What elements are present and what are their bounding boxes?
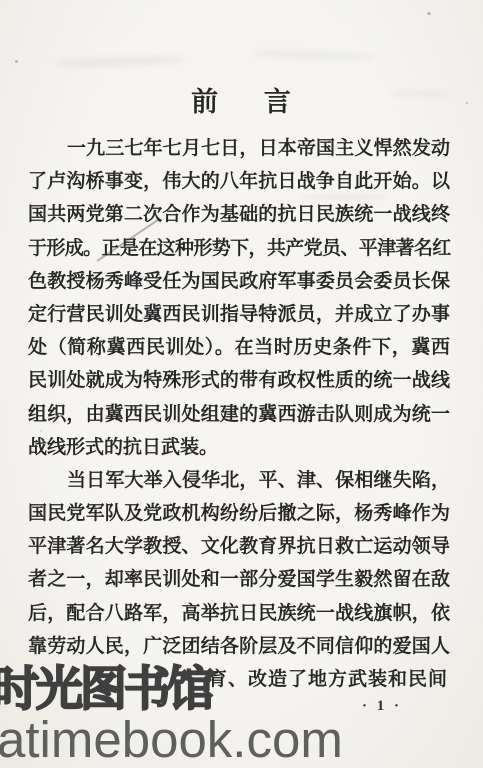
scan-smudge bbox=[250, 49, 375, 61]
scan-speck bbox=[427, 12, 431, 15]
watermark-library-name: 时光图书馆 bbox=[0, 652, 212, 719]
text-line: 国民党军队及党政机构纷纷后撤之际，杨秀峰作为 bbox=[28, 497, 450, 530]
text-line: 民训处就成为特殊形式的带有政权性质的统一战线 bbox=[28, 364, 450, 397]
text-line: 色教授杨秀峰受任为国民政府军事委员会委员长保 bbox=[28, 265, 450, 298]
text-line: 一九三七年七月七日，日本帝国主义悍然发动 bbox=[28, 132, 450, 165]
text-line: 了卢沟桥事变，伟大的八年抗日战争自此开始。以 bbox=[28, 165, 450, 198]
page-number: · 1 · bbox=[362, 698, 402, 715]
scanned-book-page: 前 言 一九三七年七月七日，日本帝国主义悍然发动了卢沟桥事变，伟大的八年抗日战争… bbox=[0, 0, 483, 768]
text-line: 于形成。正是在这种形势下，共产党员、平津著名红 bbox=[28, 232, 450, 265]
text-line: 平津著名大学教授、文化教育界抗日救亡运动领导 bbox=[28, 530, 450, 563]
page-title: 前 言 bbox=[0, 80, 483, 119]
text-line: 战线形式的抗日武装。 bbox=[28, 431, 450, 464]
watermark-website: atimebook.com bbox=[0, 710, 343, 768]
text-line: 组织，由冀西民训处组建的冀西游击队则成为统一 bbox=[28, 398, 450, 431]
text-line: 定行营民训处冀西民训指导特派员，并成立了办事 bbox=[28, 298, 450, 331]
text-line: 当日军大举入侵华北，平、津、保相继失陷， bbox=[28, 464, 450, 497]
scan-smudge bbox=[55, 55, 185, 69]
preface-body: 一九三七年七月七日，日本帝国主义悍然发动了卢沟桥事变，伟大的八年抗日战争自此开始… bbox=[28, 132, 450, 696]
text-line: 国共两党第二次合作为基础的抗日民族统一战线终 bbox=[28, 198, 450, 231]
text-line: 处（简称冀西民训处）。在当时历史条件下，冀西 bbox=[28, 331, 450, 364]
scan-speck bbox=[15, 60, 18, 63]
text-line: 后，配合八路军，高举抗日民族统一战线旗帜，依 bbox=[28, 597, 450, 630]
text-line: 者之一，却率民训处和一部分爱国学生毅然留在敌 bbox=[28, 563, 450, 596]
